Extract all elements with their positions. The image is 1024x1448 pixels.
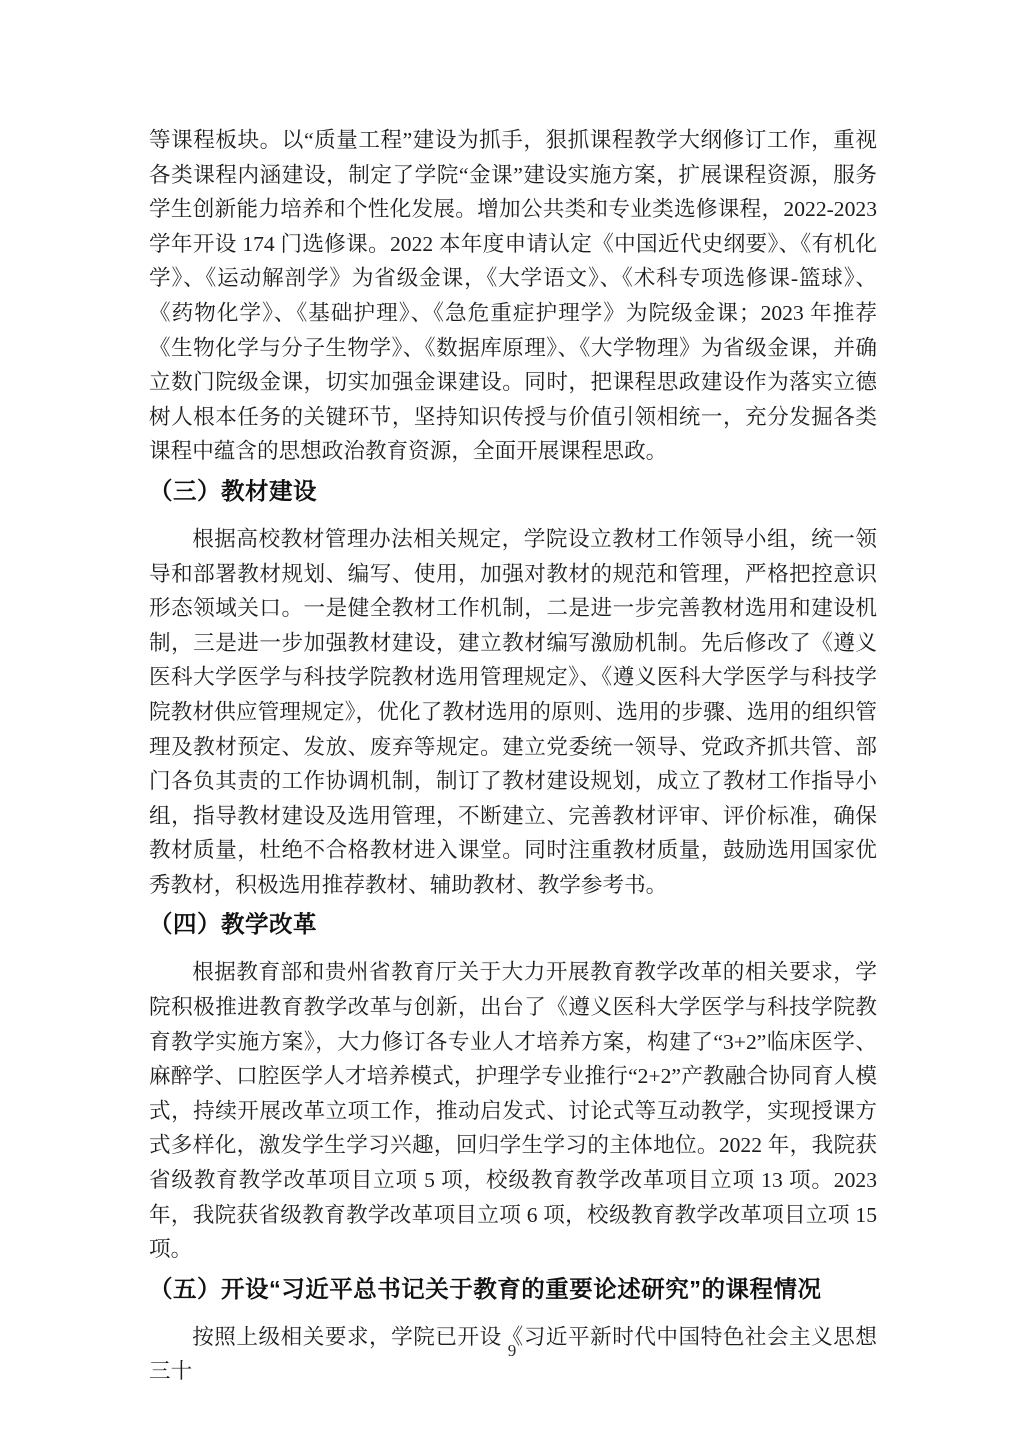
paragraph-course-construction-continuation: 等课程板块。以“质量工程”建设为抓手，狠抓课程教学大纲修订工作，重视各类课程内涵… [149, 123, 877, 469]
heading-section-5-xi-education-course: （五）开设“习近平总书记关于教育的重要论述研究”的课程情况 [149, 1276, 877, 1302]
paragraph-textbook-construction: 根据高校教材管理办法相关规定，学院设立教材工作领导小组，统一领导和部署教材规划、… [149, 522, 877, 903]
paragraph-teaching-reform: 根据教育部和贵州省教育厅关于大力开展教育教学改革的相关要求，学院积极推进教育教学… [149, 955, 877, 1266]
page-footer: 9 [0, 1341, 1024, 1361]
document-page: 等课程板块。以“质量工程”建设为抓手，狠抓课程教学大纲修订工作，重视各类课程内涵… [0, 0, 1024, 1448]
page-number: 9 [508, 1341, 517, 1360]
page-body: 等课程板块。以“质量工程”建设为抓手，狠抓课程教学大纲修订工作，重视各类课程内涵… [149, 123, 877, 1389]
heading-section-3-textbook-construction: （三）教材建设 [149, 478, 877, 504]
heading-section-4-teaching-reform: （四）教学改革 [149, 911, 877, 937]
